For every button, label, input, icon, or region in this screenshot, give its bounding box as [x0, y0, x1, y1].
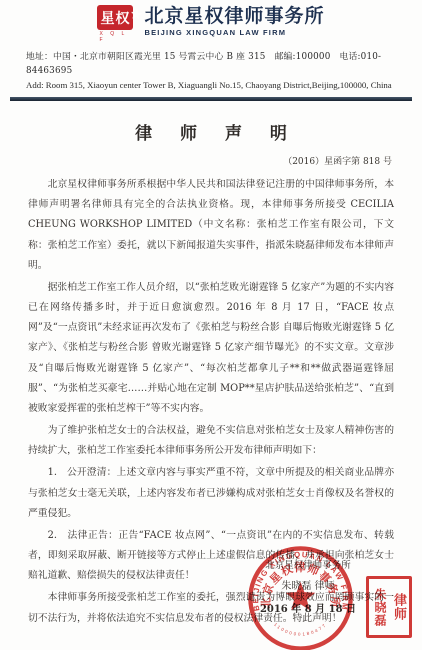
- document-title: 律 师 声 明: [0, 119, 422, 144]
- logo-box-text: 星权: [100, 8, 130, 28]
- star-icon: ★: [129, 4, 145, 26]
- letterhead-divider: [10, 97, 412, 101]
- logo-red-box: 星权 ★: [97, 5, 133, 30]
- paragraph-purpose: 为了维护张柏芝女士的合法权益，避免不实信息对张柏芝女士及家人精神伤害的持续扩大，…: [28, 421, 394, 461]
- round-seal-star-icon: [286, 582, 316, 610]
- firm-name-block: 北京星权律师事务所 BEIJING XINGQUAN LAW FIRM: [144, 5, 324, 37]
- square-seal-name-column: 朱晓磊: [372, 581, 388, 633]
- firm-name-chinese: 北京星权律师事务所: [144, 5, 324, 27]
- paragraph-facts: 据张柏芝工作室工作人员介绍，以“张柏芝败光谢霆锋 5 亿家产”为题的不实内容已在…: [28, 278, 394, 419]
- address-english: Add: Room 315, Xiaoyun center Tower B, X…: [26, 78, 396, 92]
- address-block: 地址：中国・北京市朝阳区霞光里 15 号霄云中心 B 座 315 邮编:1000…: [26, 50, 396, 92]
- law-firm-round-seal: BEIJING XINGQUAN LAW FIRM 北京星权律师事务所 1100…: [247, 545, 354, 650]
- statement-item-1: 1. 公开澄清：上述文章内容与事实严重不符，文章中所提及的相关商业品牌亦与张柏芝…: [28, 463, 394, 524]
- law-firm-logo: 星权 ★ X Q L F: [97, 5, 137, 43]
- round-seal-serial-number: 1100000180477: [273, 622, 328, 637]
- paragraph-intro: 北京星权律师事务所系根据中华人民共和国法律登记注册的中国律师事务所，本律师声明署…: [28, 175, 394, 276]
- document-reference-number: （2016）星函字第 818 号: [0, 154, 392, 167]
- lawyer-square-seal: 朱晓磊 律师: [366, 576, 412, 638]
- address-chinese: 地址：中国・北京市朝阳区霞光里 15 号霄云中心 B 座 315 邮编:1000…: [26, 50, 396, 78]
- letterhead: 星权 ★ X Q L F 北京星权律师事务所 BEIJING XINGQUAN …: [0, 0, 422, 43]
- lawyer-statement-page: 星权 ★ X Q L F 北京星权律师事务所 BEIJING XINGQUAN …: [0, 0, 422, 650]
- firm-name-english: BEIJING XINGQUAN LAW FIRM: [144, 28, 324, 37]
- logo-letters: X Q L F: [97, 31, 137, 43]
- square-seal-title-column: 律师: [390, 581, 406, 633]
